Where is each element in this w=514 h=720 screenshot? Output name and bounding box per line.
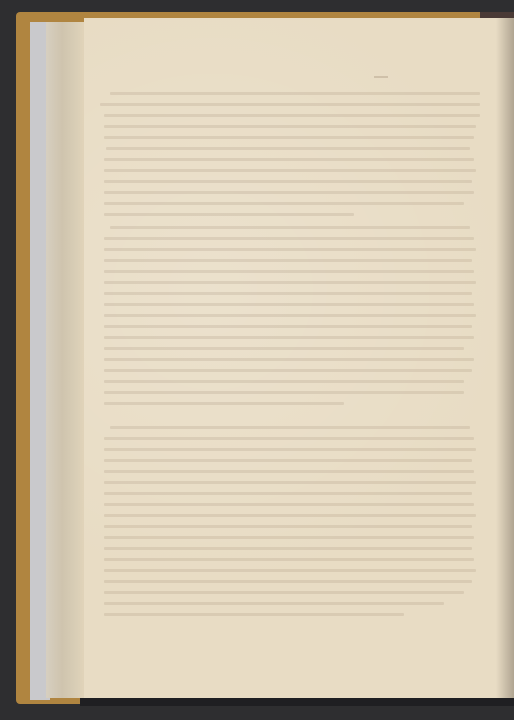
show-through-text-line [104,169,476,172]
show-through-text-line [104,125,476,128]
show-through-text-line [104,270,474,273]
show-through-text-line [104,613,404,616]
show-through-text-line [110,226,470,229]
show-through-text-line [104,202,464,205]
show-through-text-line [110,92,480,95]
show-through-text-line [106,147,470,150]
show-through-text-line [104,547,472,550]
show-through-text-line [104,569,476,572]
show-through-text-line [104,536,474,539]
show-through-text-line [104,347,464,350]
show-through-text-line [104,325,472,328]
show-through-text-line [104,114,480,117]
show-through-text-line [104,503,474,506]
show-through-text-line [104,136,474,139]
show-through-text-line [104,514,476,517]
show-through-text-line [104,525,472,528]
show-through-text-line [104,492,472,495]
show-through-text-line [104,591,464,594]
show-through-text-line [104,292,472,295]
show-through-text-line [100,103,480,106]
page-gutter-shadow [496,18,514,698]
show-through-text-line [104,402,344,405]
page-stack-edges [46,22,86,698]
show-through-text-line [104,248,476,251]
show-through-text-line [104,580,472,583]
show-through-text-line [104,380,464,383]
show-through-text-line [104,191,474,194]
show-through-text-line [104,459,472,462]
show-through-text-line [104,237,474,240]
show-through-text-line [104,470,474,473]
show-through-text-line [104,259,472,262]
show-through-text-line [104,336,474,339]
show-through-text-line [104,158,474,161]
show-through-text-line [104,303,474,306]
show-through-text-line [104,314,476,317]
show-through-text-line [104,369,472,372]
show-through-text-line [104,180,472,183]
page-number-mark [374,76,388,78]
show-through-text-line [110,426,470,429]
show-through-text-line [104,448,476,451]
show-through-text-line [104,481,476,484]
bottom-shadow [80,698,514,706]
show-through-text-line [104,558,474,561]
show-through-text-line [104,437,474,440]
show-through-text-line [104,281,476,284]
show-through-text-line [104,391,464,394]
show-through-text-line [104,358,474,361]
show-through-text-line [104,602,444,605]
show-through-text-line [104,213,354,216]
